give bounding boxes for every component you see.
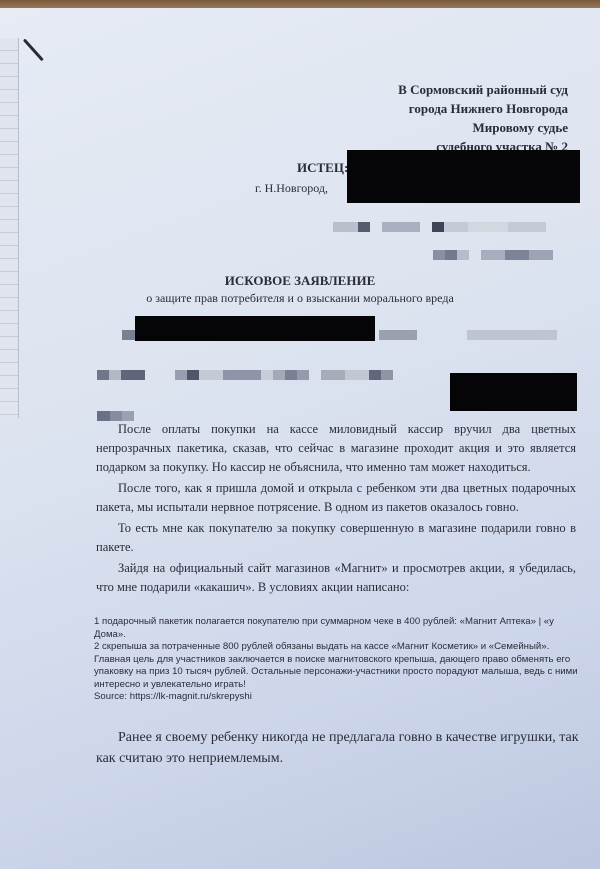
source-line: Source: https://lk-magnit.ru/skrepyshi <box>94 691 584 704</box>
paragraph: После оплаты покупки на кассе миловидный… <box>96 420 576 477</box>
pixelated-phone <box>433 250 553 268</box>
addressee-line: В Сормовский районный суд <box>308 80 568 99</box>
plaintiff-label: ИСТЕЦ: <box>297 160 348 176</box>
addressee-block: В Сормовский районный суд города Нижнего… <box>308 80 568 156</box>
complaint-body: После оплаты покупки на кассе миловидный… <box>96 420 576 597</box>
closing-paragraph: Ранее я своему ребенку никогда не предла… <box>96 727 586 769</box>
plaintiff-city: г. Н.Новгород, <box>255 181 328 196</box>
pixelated-address <box>333 222 546 240</box>
addressee-line: Мировому судье <box>308 118 568 137</box>
document-page: В Сормовский районный суд города Нижнего… <box>0 8 600 869</box>
document-subtitle: о защите прав потребителя и о взыскании … <box>0 291 600 306</box>
quoted-promo-terms: 1 подарочный пакетик полагается покупате… <box>94 616 584 704</box>
pixelated-defendant-line <box>122 330 557 348</box>
promo-term: Главная цель для участников заключается … <box>94 654 584 692</box>
addressee-line: города Нижнего Новгорода <box>308 99 568 118</box>
promo-term: 1 подарочный пакетик полагается покупате… <box>94 616 584 641</box>
promo-term: 2 скрепыша за потраченные 800 рублей обя… <box>94 641 584 654</box>
pen-mark-icon <box>23 38 44 61</box>
underlying-sheet <box>0 38 19 418</box>
paragraph: Зайдя на официальный сайт магазинов «Маг… <box>96 559 576 597</box>
pixelated-details-line <box>97 370 393 388</box>
redacted-defendant-address <box>450 373 577 411</box>
paragraph: То есть мне как покупателю за покупку со… <box>96 519 576 557</box>
paragraph: После того, как я пришла домой и открыла… <box>96 479 576 517</box>
redacted-plaintiff-name <box>347 150 580 203</box>
document-title: ИСКОВОЕ ЗАЯВЛЕНИЕ <box>0 273 600 289</box>
closing-statement: Ранее я своему ребенку никогда не предла… <box>96 727 586 769</box>
